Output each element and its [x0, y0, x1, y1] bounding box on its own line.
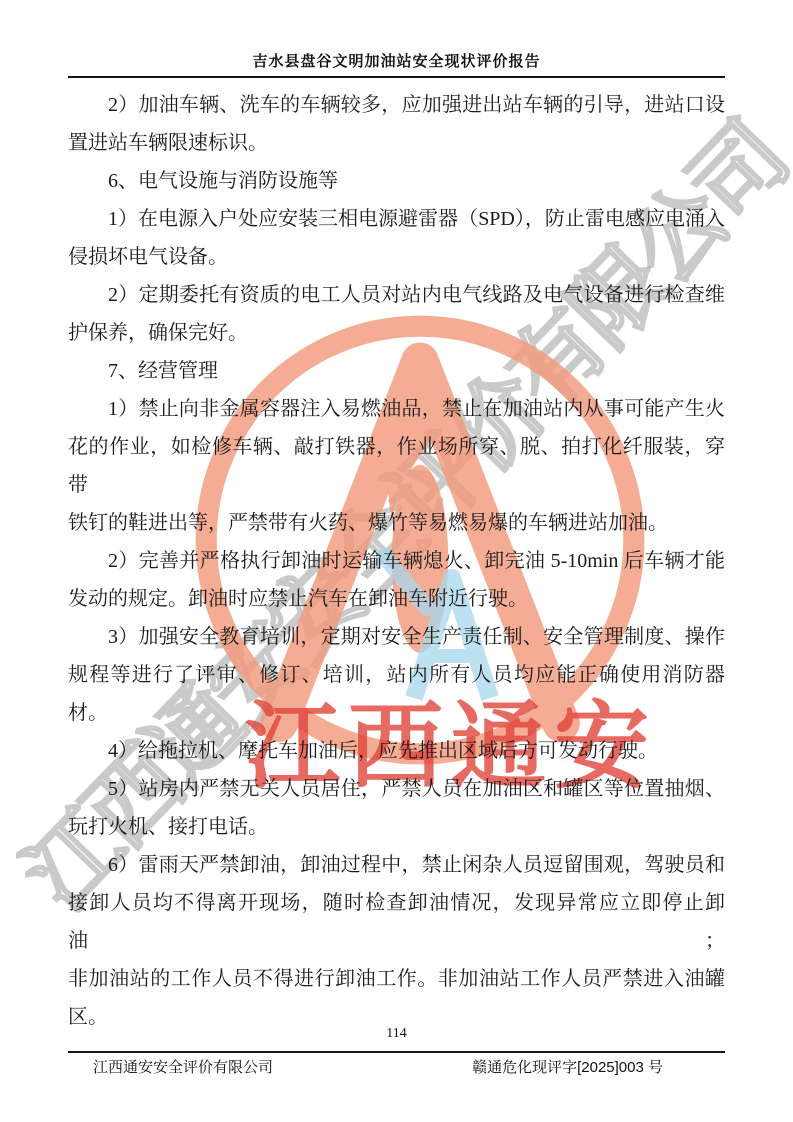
- text-line: 5）站房内严禁无关人员居住，严禁人员在加油区和罐区等位置抽烟、: [68, 770, 725, 808]
- paragraph: 2）完善并严格执行卸油时运输车辆熄火、卸完油 5-10min 后车辆才能发动的规…: [68, 542, 725, 618]
- text-line: 花的作业，如检修车辆、敲打铁器，作业场所穿、脱、拍打化纤服装，穿带: [68, 428, 725, 504]
- paragraph: 5）站房内严禁无关人员居住，严禁人员在加油区和罐区等位置抽烟、玩打火机、接打电话…: [68, 770, 725, 846]
- text-line: 接卸人员均不得离开现场，随时检查卸油情况，发现异常应立即停止卸油；: [68, 884, 725, 960]
- document-page: 江西通安安全评价有限公司 江西通安 吉水县盘谷文明加油站安全现状评价报告 2）加…: [0, 0, 793, 1122]
- footer-document-number: 赣通危化现评字[2025]003 号: [472, 1056, 725, 1077]
- text-line: 4）给拖拉机、摩托车加油后，应先推出区域后方可发动行驶。: [68, 732, 725, 770]
- paragraph: 4）给拖拉机、摩托车加油后，应先推出区域后方可发动行驶。: [68, 732, 725, 770]
- text-line: 3）加强安全教育培训，定期对安全生产责任制、安全管理制度、操作: [68, 618, 725, 656]
- text-line: 规程等进行了评审、修订、培训，站内所有人员均应能正确使用消防器材。: [68, 656, 725, 732]
- text-line: 2）定期委托有资质的电工人员对站内电气线路及电气设备进行检查维: [68, 276, 725, 314]
- footer-company-name: 江西通安安全评价有限公司: [68, 1056, 273, 1077]
- text-line: 侵损坏电气设备。: [68, 238, 725, 276]
- page-number: 114: [0, 1026, 793, 1042]
- header-divider: [68, 76, 725, 78]
- text-line: 6）雷雨天严禁卸油，卸油过程中，禁止闲杂人员逗留围观，驾驶员和: [68, 846, 725, 884]
- text-line: 置进站车辆限速标识。: [68, 124, 725, 162]
- text-line: 6、电气设施与消防设施等: [68, 162, 725, 200]
- text-line: 发动的规定。卸油时应禁止汽车在卸油车附近行驶。: [68, 580, 725, 618]
- text-line: 2）加油车辆、洗车的车辆较多，应加强进出站车辆的引导，进站口设: [68, 86, 725, 124]
- paragraph: 7、经营管理: [68, 352, 725, 390]
- text-line: 护保养，确保完好。: [68, 314, 725, 352]
- text-line: 铁钉的鞋进出等，严禁带有火药、爆竹等易燃易爆的车辆进站加油。: [68, 504, 725, 542]
- footer: 江西通安安全评价有限公司 赣通危化现评字[2025]003 号: [68, 1056, 725, 1077]
- paragraph: 1）在电源入户处应安装三相电源避雷器（SPD），防止雷电感应电涌入侵损坏电气设备…: [68, 200, 725, 276]
- paragraph: 2）定期委托有资质的电工人员对站内电气线路及电气设备进行检查维护保养，确保完好。: [68, 276, 725, 352]
- paragraph: 1）禁止向非金属容器注入易燃油品，禁止在加油站内从事可能产生火花的作业，如检修车…: [68, 390, 725, 542]
- paragraph: 2）加油车辆、洗车的车辆较多，应加强进出站车辆的引导，进站口设置进站车辆限速标识…: [68, 86, 725, 162]
- report-header-title: 吉水县盘谷文明加油站安全现状评价报告: [0, 50, 793, 71]
- footer-divider: [68, 1051, 725, 1053]
- page-content: 吉水县盘谷文明加油站安全现状评价报告 2）加油车辆、洗车的车辆较多，应加强进出站…: [0, 0, 793, 1122]
- text-line: 1）在电源入户处应安装三相电源避雷器（SPD），防止雷电感应电涌入: [68, 200, 725, 238]
- paragraph: 6）雷雨天严禁卸油，卸油过程中，禁止闲杂人员逗留围观，驾驶员和接卸人员均不得离开…: [68, 846, 725, 1036]
- text-line: 非加油站的工作人员不得进行卸油工作。非加油站工作人员严禁进入油罐: [68, 960, 725, 998]
- text-line: 1）禁止向非金属容器注入易燃油品，禁止在加油站内从事可能产生火: [68, 390, 725, 428]
- text-line: 2）完善并严格执行卸油时运输车辆熄火、卸完油 5-10min 后车辆才能: [68, 542, 725, 580]
- paragraph: 6、电气设施与消防设施等: [68, 162, 725, 200]
- paragraph: 3）加强安全教育培训，定期对安全生产责任制、安全管理制度、操作规程等进行了评审、…: [68, 618, 725, 732]
- text-line: 玩打火机、接打电话。: [68, 808, 725, 846]
- text-line: 7、经营管理: [68, 352, 725, 390]
- document-body: 2）加油车辆、洗车的车辆较多，应加强进出站车辆的引导，进站口设置进站车辆限速标识…: [68, 86, 725, 1036]
